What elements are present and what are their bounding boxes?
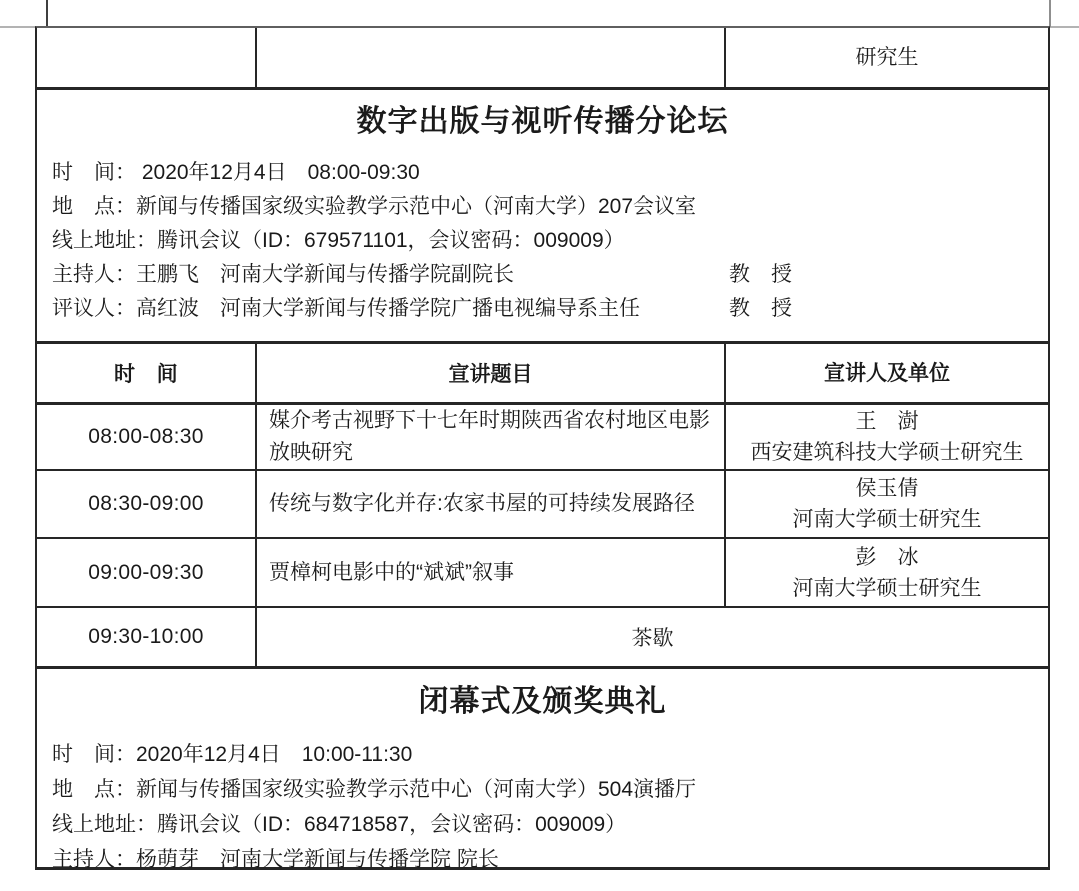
- closing-title: 闭幕式及颁奖典礼: [37, 682, 1048, 722]
- closing-location-line: 地 点：新闻与传播国家级实验教学示范中心（河南大学）504演播厅: [37, 772, 1048, 807]
- forum-host-rank: 教 授: [729, 258, 792, 292]
- closing-details: 时 间：2020年12月4日 10:00-11:30 地 点：新闻与传播国家级实…: [37, 737, 1048, 877]
- row3-presenter-cell: 彭 冰 河南大学硕士研究生: [724, 539, 1048, 606]
- partial-time-cell: [37, 28, 255, 87]
- row1-affiliation: 西安建筑科技大学硕士研究生: [751, 437, 1024, 468]
- forum-location-line: 地 点：新闻与传播国家级实验教学示范中心（河南大学）207会议室: [37, 190, 1048, 224]
- break-label: 茶歇: [255, 608, 1048, 666]
- row3-topic: 贾樟柯电影中的“斌斌”叙事: [255, 539, 724, 606]
- header-presenter: 宣讲人及单位: [724, 344, 1048, 402]
- header-time: 时 间: [37, 344, 255, 402]
- closing-location-text: 地 点：新闻与传播国家级实验教学示范中心（河南大学）504演播厅: [52, 778, 696, 801]
- program-table: 研究生 数字出版与视听传播分论坛 时 间： 2020年12月4日 08:00-0…: [35, 26, 1050, 870]
- forum-online-text: 线上地址：腾讯会议（ID：679571101，会议密码：009009）: [52, 229, 625, 252]
- table-row: 08:00-08:30 媒介考古视野下十七年时期陕西省农村地区电影放映研究 王 …: [37, 405, 1048, 471]
- partial-presenter-cell: 研究生: [724, 28, 1048, 87]
- row1-presenter-cell: 王 澍 西安建筑科技大学硕士研究生: [724, 405, 1048, 469]
- table-row: 09:00-09:30 贾樟柯电影中的“斌斌”叙事 彭 冰 河南大学硕士研究生: [37, 539, 1048, 608]
- table-header-row: 时 间 宣讲题目 宣讲人及单位: [37, 344, 1048, 405]
- row1-topic: 媒介考古视野下十七年时期陕西省农村地区电影放映研究: [255, 405, 724, 469]
- forum-location-text: 地 点：新闻与传播国家级实验教学示范中心（河南大学）207会议室: [52, 195, 696, 218]
- table-row-partial: 研究生: [37, 28, 1048, 90]
- closing-section: 闭幕式及颁奖典礼 时 间：2020年12月4日 10:00-11:30 地 点：…: [37, 682, 1048, 891]
- row1-time: 08:00-08:30: [37, 405, 255, 469]
- document-page: 研究生 数字出版与视听传播分论坛 时 间： 2020年12月4日 08:00-0…: [0, 0, 1079, 891]
- row1-presenter: 王 澍: [856, 406, 919, 437]
- forum-section: 数字出版与视听传播分论坛 时 间： 2020年12月4日 08:00-09:30…: [37, 102, 1048, 344]
- closing-time-line: 时 间：2020年12月4日 10:00-11:30: [37, 737, 1048, 772]
- row2-affiliation: 河南大学硕士研究生: [793, 504, 982, 535]
- row2-presenter: 侯玉倩: [856, 473, 919, 504]
- row3-time: 09:00-09:30: [37, 539, 255, 606]
- header-presenter-text: 宣讲人及单位: [824, 358, 950, 389]
- partial-topic-cell: [255, 28, 724, 87]
- forum-details: 时 间： 2020年12月4日 08:00-09:30 地 点：新闻与传播国家级…: [37, 156, 1048, 326]
- forum-reviewer-text: 评议人：高红波 河南大学新闻与传播学院广播电视编导系主任: [52, 297, 640, 320]
- closing-host-text: 主持人：杨萌芽 河南大学新闻与传播学院 院长: [52, 848, 499, 871]
- forum-time-text: 时 间： 2020年12月4日 08:00-09:30: [52, 161, 420, 184]
- forum-reviewer-line: 评议人：高红波 河南大学新闻与传播学院广播电视编导系主任教 授: [37, 292, 1048, 326]
- header-topic: 宣讲题目: [255, 344, 724, 402]
- table-row: 08:30-09:00 传统与数字化并存:农家书屋的可持续发展路径 侯玉倩 河南…: [37, 471, 1048, 539]
- closing-host-line: 主持人：杨萌芽 河南大学新闻与传播学院 院长: [37, 842, 1048, 877]
- forum-time-line: 时 间： 2020年12月4日 08:00-09:30: [37, 156, 1048, 190]
- forum-reviewer-rank: 教 授: [729, 292, 792, 326]
- row3-affiliation: 河南大学硕士研究生: [793, 573, 982, 604]
- row3-presenter: 彭 冰: [856, 542, 919, 573]
- closing-time-text: 时 间：2020年12月4日 10:00-11:30: [52, 743, 412, 766]
- clipped-table-border-right: [1049, 0, 1051, 27]
- row2-time: 08:30-09:00: [37, 471, 255, 537]
- forum-host-text: 主持人：王鹏飞 河南大学新闻与传播学院副院长: [52, 263, 514, 286]
- closing-online-text: 线上地址：腾讯会议（ID：684718587，会议密码：009009）: [52, 813, 626, 836]
- tea-break-row: 09:30-10:00 茶歇: [37, 608, 1048, 669]
- clipped-table-border-left: [46, 0, 48, 27]
- row2-topic: 传统与数字化并存:农家书屋的可持续发展路径: [255, 471, 724, 537]
- forum-host-line: 主持人：王鹏飞 河南大学新闻与传播学院副院长教 授: [37, 258, 1048, 292]
- partial-presenter-text: 研究生: [856, 42, 919, 73]
- forum-online-line: 线上地址：腾讯会议（ID：679571101，会议密码：009009）: [37, 224, 1048, 258]
- forum-title: 数字出版与视听传播分论坛: [37, 102, 1048, 142]
- break-time: 09:30-10:00: [37, 608, 255, 666]
- row2-presenter-cell: 侯玉倩 河南大学硕士研究生: [724, 471, 1048, 537]
- closing-online-line: 线上地址：腾讯会议（ID：684718587，会议密码：009009）: [37, 807, 1048, 842]
